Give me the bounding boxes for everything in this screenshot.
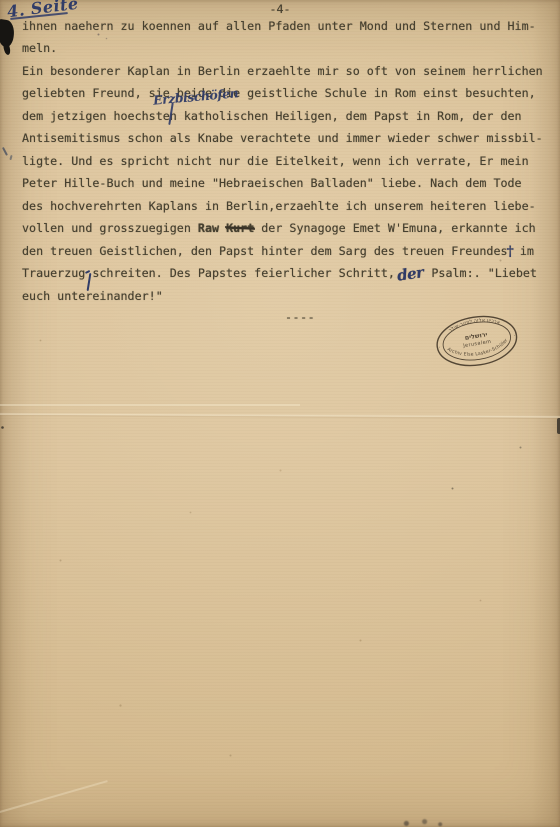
handwritten-word-der: der	[396, 267, 424, 281]
bottom-smudge	[396, 818, 448, 827]
archive-stamp: ארכיון אלזה לסקר-שילר ירושלים Jerusalem …	[426, 303, 529, 381]
overtyped-word: Raw	[198, 221, 226, 235]
typed-line: des hochverehrten Kaplans in Berlin,erza…	[22, 199, 536, 214]
paper-specks	[0, 0, 1, 1]
fold-crease	[0, 404, 300, 406]
typed-line: meln.	[22, 41, 57, 56]
stamp-side-dot: ·	[438, 345, 441, 351]
typed-line: Ein besonderer Kaplan in Berlin erzaehlt…	[22, 64, 543, 79]
typed-line: geliebten Freund, sie beide die geistlic…	[22, 86, 536, 101]
fold-crease	[0, 413, 560, 420]
typed-segment: den treuen Geistlichen, den Papst hinter…	[22, 244, 508, 258]
typed-line: Antisemitismus schon als Knabe verachtet…	[22, 131, 543, 146]
typed-segment: Psalm:. "Liebet	[424, 266, 537, 280]
typed-line: ligte. Und es spricht nicht nur die Eite…	[22, 154, 529, 169]
margin-tick	[2, 147, 8, 156]
fold-crease	[0, 780, 108, 818]
stamp-svg: ארכיון אלזה לסקר-שילר ירושלים Jerusalem …	[426, 303, 529, 381]
typed-line: euch untereinander!"	[22, 289, 163, 304]
typed-line-trauerzug: Trauerzugschreiten. Des Papstes feierlic…	[22, 266, 537, 281]
typed-line-freundes: den treuen Geistlichen, den Papst hinter…	[22, 244, 534, 259]
typed-line-raw: vollen und grosszuegigen Raw Kurt der Sy…	[22, 221, 536, 236]
margin-tick	[9, 155, 12, 160]
typed-segment: im	[513, 244, 534, 258]
typed-line: ihnen naehern zu koennen auf allen Pfade…	[22, 19, 536, 34]
typed-segment: Trauerzug	[22, 266, 85, 280]
divider-dashes: ----	[285, 310, 315, 325]
typed-segment: der Synagoge Emet W'Emuna, erkannte ich	[254, 221, 535, 235]
typed-line: Peter Hille-Buch und meine "Hebraeischen…	[22, 176, 522, 191]
typed-line: dem jetzigen hoechsten katholischen Heil…	[22, 109, 522, 124]
page-number: -4-	[269, 2, 290, 17]
typed-segment: schreiten. Des Papstes feierlicher Schri…	[92, 266, 395, 280]
typescript-page: -4- 4. Seite ihnen naehern zu koennen au…	[0, 0, 560, 827]
struck-out-word: Kurt	[226, 221, 254, 235]
typed-segment: vollen und grosszuegigen	[22, 221, 198, 235]
